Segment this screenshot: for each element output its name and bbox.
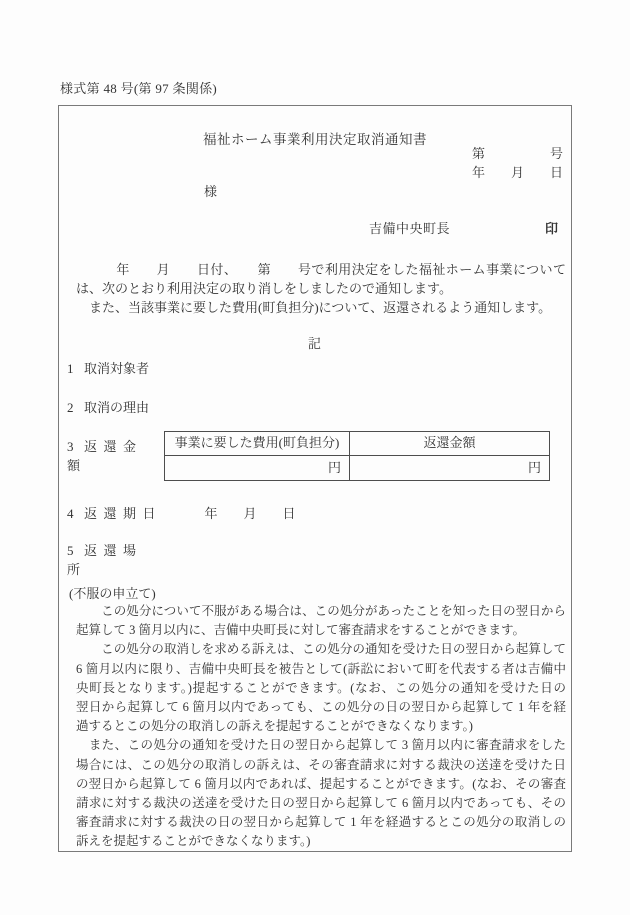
appeal-line: 審査請求に対する裁決の日の翌日から起算して 1 年を経過するとこの処分の取消しの	[76, 813, 566, 832]
item-number: 5	[67, 543, 84, 559]
document-page: 様式第 48 号(第 97 条関係) 福祉ホーム事業利用決定取消通知書 第 号 …	[0, 0, 630, 915]
item-number: 2	[67, 400, 84, 416]
opening-line: また、当該事業に要した費用(町負担分)について、返還されるよう通知します。	[76, 298, 566, 317]
issuer-name: 吉備中央町長	[369, 218, 450, 237]
appeal-line: 請求に対する裁決の送達を受けた日の翌日から起算して 6 箇月以内であっても、その	[76, 794, 566, 813]
item-label: 取消対象者	[84, 361, 149, 376]
item-refund-due-date: 4返還期日年 月 日	[67, 503, 296, 522]
item-number: 4	[67, 506, 84, 522]
appeal-line: 起算して 3 箇月以内に、吉備中央町長に対して審査請求をすることができます。	[76, 621, 566, 640]
appeal-line: 央町長となります。)提起することができます。(なお、この処分の通知を受けた日の	[76, 679, 566, 698]
item-cancellation-reason: 2取消の理由	[67, 397, 149, 416]
opening-paragraph: 年 月 日付、 第 号で利用決定をした福祉ホーム事業について は、次のとおり利用…	[76, 260, 566, 317]
item-number: 3	[67, 439, 84, 455]
refund-table-header-amount: 返還金額	[350, 432, 549, 455]
refund-table-header-row: 事業に要した費用(町負担分) 返還金額	[165, 432, 549, 455]
appeal-line: 翌日から起算して 6 箇月以内であっても、この処分の日の翌日から起算して 1 年…	[76, 698, 566, 717]
form-style-number: 様式第 48 号(第 97 条関係)	[60, 78, 217, 97]
item-number: 1	[67, 361, 84, 377]
item-refund-place: 5返還場所	[67, 540, 156, 578]
appeal-line: 過するとこの処分の取消しの訴えを提起することができなくなります。)	[76, 717, 566, 736]
appeal-line: また、この処分の通知を受けた日の翌日から起算して 3 箇月以内に審査請求をした	[76, 736, 566, 755]
appeal-paragraphs: この処分について不服がある場合は、この処分があったことを知った日の翌日から 起算…	[76, 602, 566, 852]
seal-mark: 印	[545, 218, 558, 237]
refund-table-cost-unit: 円	[165, 456, 350, 480]
appeal-line: この処分について不服がある場合は、この処分があったことを知った日の翌日から	[76, 602, 566, 621]
refund-table-value-row: 円 円	[165, 455, 549, 480]
appeal-line: 場合には、この処分の取消しの訴えは、その審査請求に対する裁決の送達を受けた日	[76, 756, 566, 775]
item-refund-amount: 3返還金額	[67, 436, 156, 474]
appeal-line: 6 箇月以内に限り、吉備中央町長を被告として(訴訟において町を代表する者は吉備中	[76, 660, 566, 679]
record-heading: 記	[59, 333, 571, 352]
refund-due-date-blanks: 年 月 日	[205, 506, 296, 521]
document-border-frame: 福祉ホーム事業利用決定取消通知書 第 号 年 月 日 様 吉備中央町長 印 年 …	[58, 105, 572, 852]
appeal-heading: (不服の申立て)	[69, 583, 156, 602]
opening-line: は、次のとおり利用決定の取り消しをしましたので通知します。	[76, 279, 566, 298]
refund-table: 事業に要した費用(町負担分) 返還金額 円 円	[164, 431, 550, 481]
refund-table-amount-unit: 円	[350, 456, 549, 480]
document-date-line: 年 月 日	[472, 162, 563, 181]
issuer-row: 吉備中央町長 印	[59, 218, 571, 234]
appeal-line: 訴えを提起することができなくなります。)	[76, 832, 566, 851]
item-cancellation-target: 1取消対象者	[67, 358, 149, 377]
document-number-line: 第 号	[472, 143, 563, 162]
appeal-line: の翌日から起算して 6 箇月以内であれば、提起することができます。(なお、その審…	[76, 775, 566, 794]
appeal-line: この処分の取消しを求める訴えは、この処分の通知を受けた日の翌日から起算して	[76, 640, 566, 659]
item-label: 返還期日	[84, 506, 162, 521]
opening-line: 年 月 日付、 第 号で利用決定をした福祉ホーム事業について	[76, 260, 566, 279]
refund-table-header-cost: 事業に要した費用(町負担分)	[165, 432, 350, 455]
addressee-honorific: 様	[204, 181, 217, 200]
item-label: 取消の理由	[84, 400, 149, 415]
